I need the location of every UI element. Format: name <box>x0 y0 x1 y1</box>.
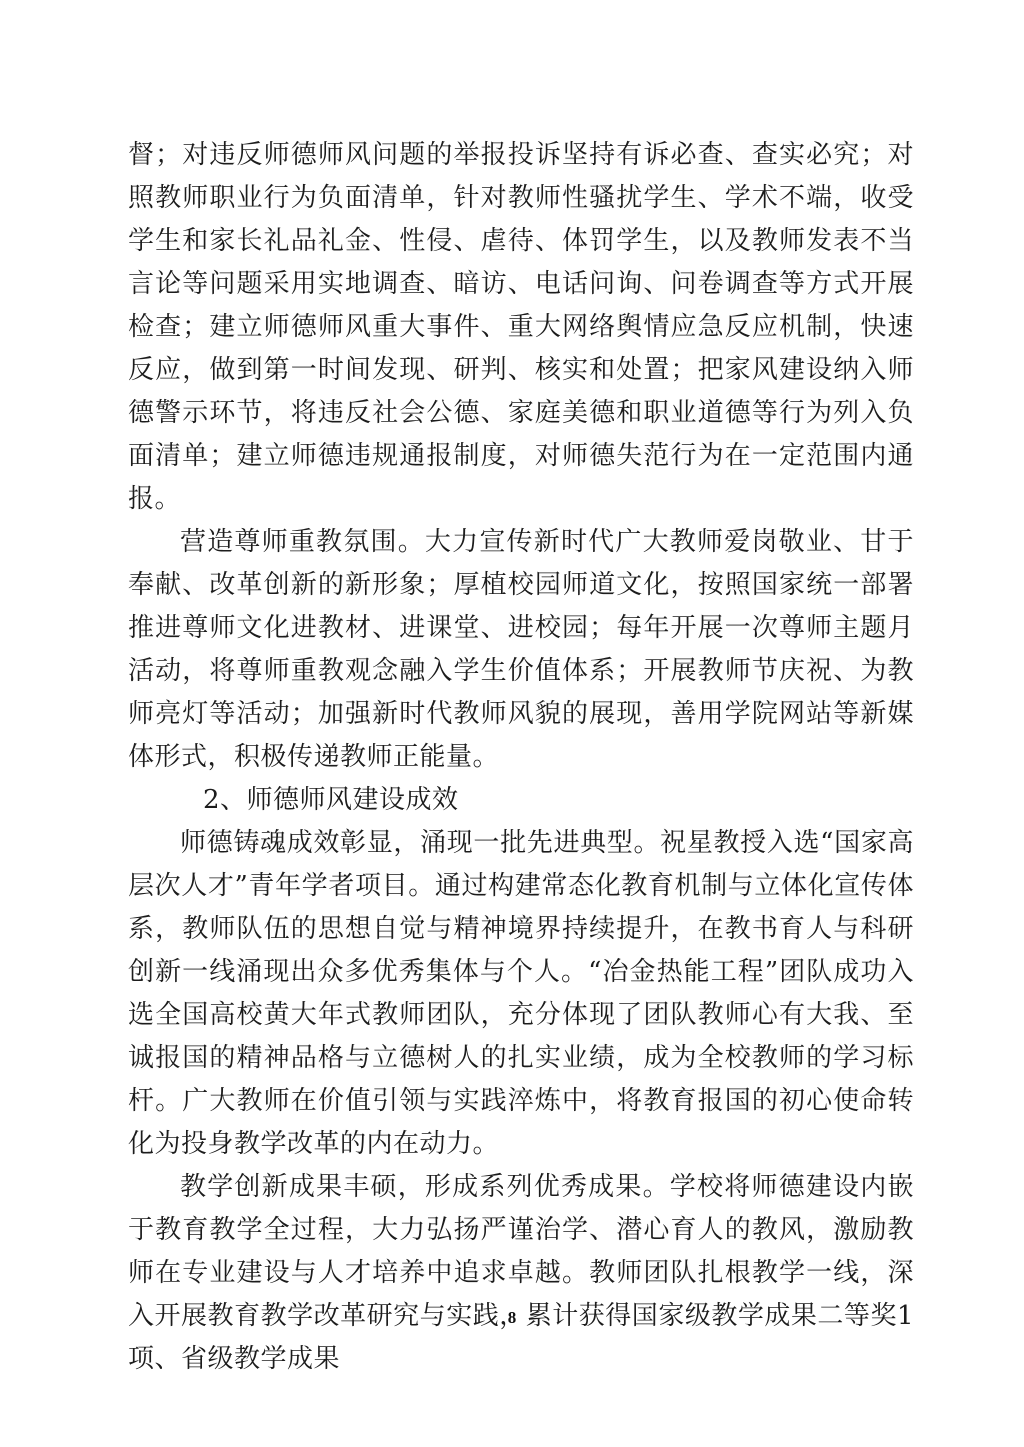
paragraph-continuation: 督；对违反师德师风问题的举报投诉坚持有诉必查、查实必究；对照教师职业行为负面清单… <box>128 134 914 521</box>
page-footer: 8 <box>0 1308 1024 1328</box>
document-body: 督；对违反师德师风问题的举报投诉坚持有诉必查、查实必究；对照教师职业行为负面清单… <box>128 134 914 1381</box>
paragraph: 教学创新成果丰硕，形成系列优秀成果。学校将师德建设内嵌于教育教学全过程，大力弘扬… <box>128 1166 914 1381</box>
section-heading: 2、师德师风建设成效 <box>128 779 914 822</box>
paragraph: 营造尊师重教氛围。大力宣传新时代广大教师爱岗敬业、甘于奉献、改革创新的新形象；厚… <box>128 521 914 779</box>
document-page: 督；对违反师德师风问题的举报投诉坚持有诉必查、查实必究；对照教师职业行为负面清单… <box>0 0 1024 1447</box>
paragraph: 师德铸魂成效彰显，涌现一批先进典型。祝星教授入选“国家高层次人才”青年学者项目。… <box>128 822 914 1166</box>
page-number: 8 <box>508 1308 517 1327</box>
